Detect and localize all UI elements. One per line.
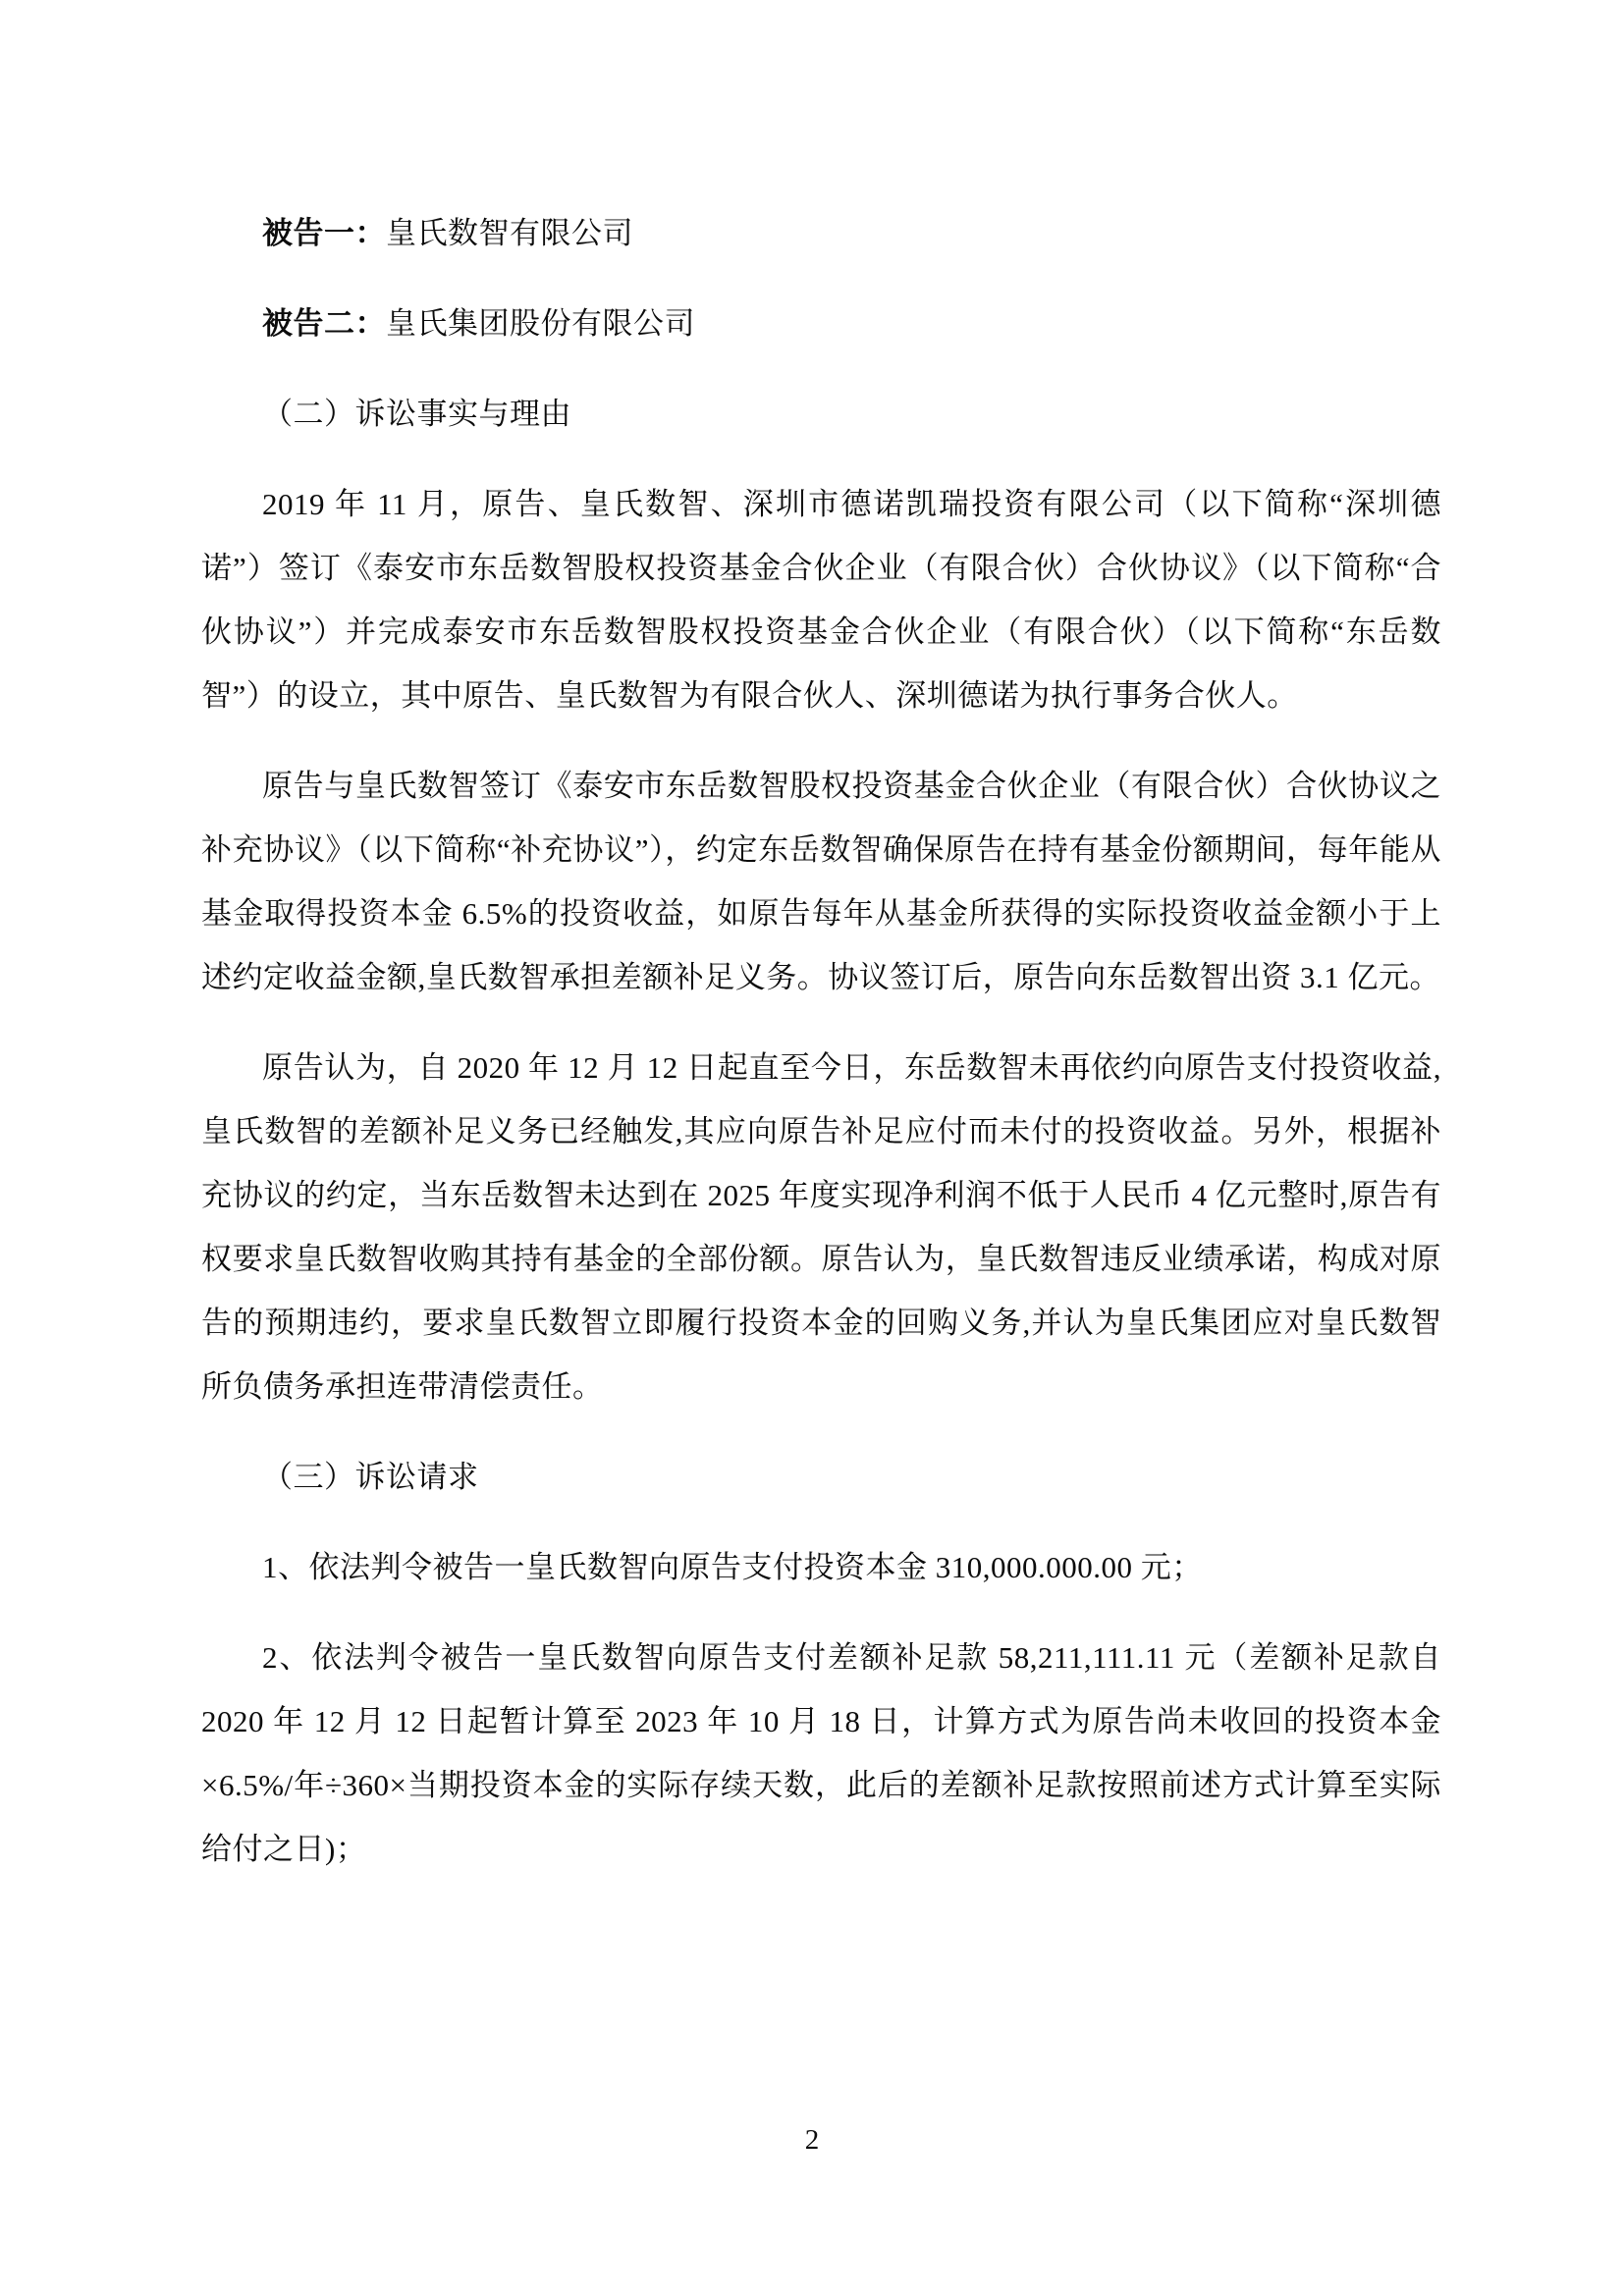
defendant-1-label: 被告一：: [262, 216, 386, 250]
defendant-2-label: 被告二：: [262, 306, 386, 341]
document-body: 被告一：皇氏数智有限公司 被告二：皇氏集团股份有限公司 （二）诉讼事实与理由 2…: [201, 201, 1441, 1907]
document-page: 被告一：皇氏数智有限公司 被告二：皇氏集团股份有限公司 （二）诉讼事实与理由 2…: [0, 0, 1624, 2296]
facts-paragraph-1: 2019 年 11 月，原告、皇氏数智、深圳市德诺凯瑞投资有限公司（以下简称“深…: [201, 472, 1441, 727]
page-footer: 2: [0, 2109, 1624, 2172]
defendant-1-line: 被告一：皇氏数智有限公司: [201, 201, 1441, 265]
claim-item-1: 1、依法判令被告一皇氏数智向原告支付投资本金 310,000.000.00 元；: [201, 1535, 1441, 1599]
page-number: 2: [805, 2124, 820, 2156]
claim-item-2: 2、依法判令被告一皇氏数智向原告支付差额补足款 58,211,111.11 元（…: [201, 1626, 1441, 1881]
facts-paragraph-3: 原告认为，自 2020 年 12 月 12 日起直至今日，东岳数智未再依约向原告…: [201, 1036, 1441, 1418]
facts-paragraph-2: 原告与皇氏数智签订《泰安市东岳数智股权投资基金合伙企业（有限合伙）合伙协议之补充…: [201, 754, 1441, 1009]
defendant-1-name: 皇氏数智有限公司: [386, 216, 633, 250]
defendant-2-name: 皇氏集团股份有限公司: [386, 306, 695, 341]
section-heading-claims: （三）诉讼请求: [201, 1445, 1441, 1509]
section-heading-facts: （二）诉讼事实与理由: [201, 382, 1441, 446]
defendant-2-line: 被告二：皇氏集团股份有限公司: [201, 292, 1441, 355]
